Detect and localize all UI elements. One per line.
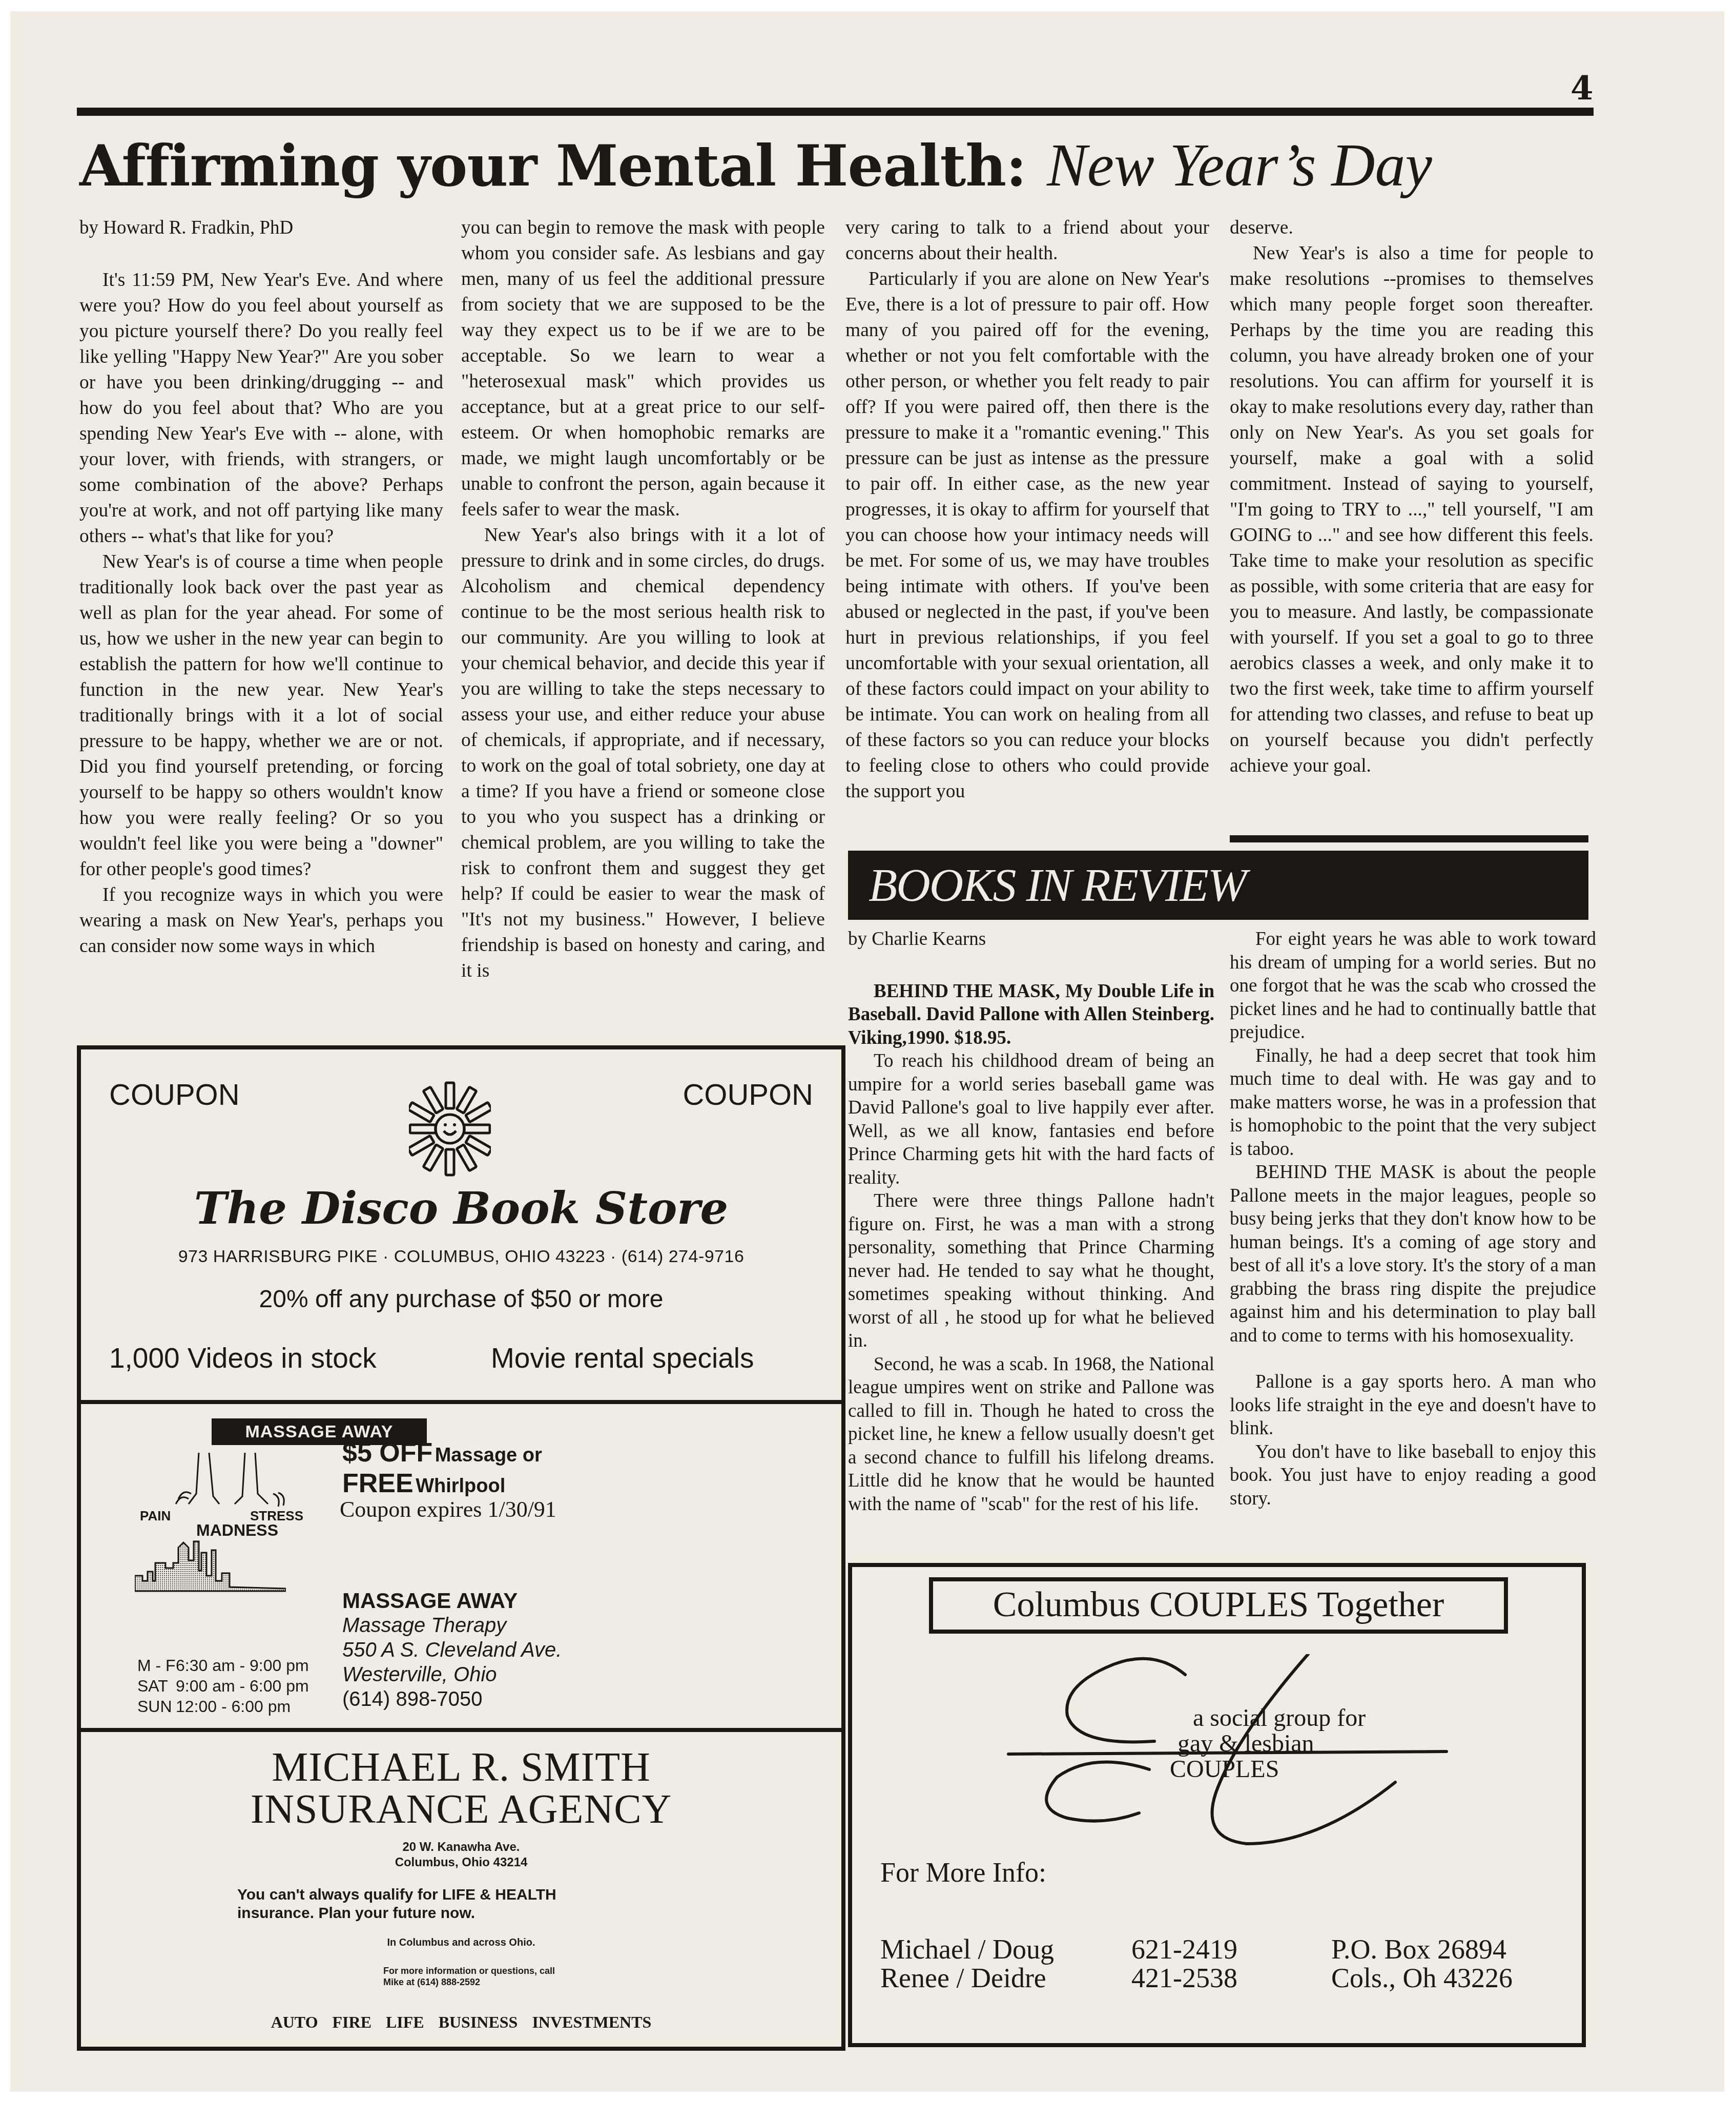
feature-rentals: Movie rental specials <box>491 1342 754 1374</box>
hours-day: SAT <box>137 1676 176 1696</box>
article-headline: Affirming your Mental Health:New Year’s … <box>79 131 1432 200</box>
banner-title: BOOKS IN REVIEW <box>869 858 1246 912</box>
article-paragraph: New Year's is also a time for people to … <box>1230 241 1594 779</box>
article-paragraph: deserve. <box>1230 215 1594 241</box>
store-address: 973 HARRISBURG PIKE · COLUMBUS, OHIO 432… <box>81 1247 841 1267</box>
pitch-line: insurance. Plan your future now. <box>237 1904 556 1923</box>
business-service: Massage Therapy <box>342 1613 562 1638</box>
city-skyline-icon <box>135 1540 286 1594</box>
contact-line: For more information or questions, call <box>383 1965 841 1976</box>
tag-pain: PAIN <box>140 1508 171 1524</box>
store-offer: 20% off any purchase of $50 or more <box>81 1285 841 1313</box>
couples-title: Columbus COUPLES Together <box>929 1577 1508 1634</box>
offer-free: FREE <box>342 1469 414 1498</box>
hours-time: 12:00 - 6:00 pm <box>176 1697 291 1716</box>
review-byline: by Charlie Kearns <box>848 928 1214 951</box>
headline-sub: New Year’s Day <box>1047 132 1432 199</box>
feature-videos: 1,000 Videos in stock <box>109 1342 377 1374</box>
massage-away-ad: MASSAGE AWAY $5 OFF Massage or FREE Whir… <box>77 1400 845 1732</box>
hours-day: SUN <box>137 1696 176 1717</box>
business-phone: (614) 898-7050 <box>342 1687 562 1712</box>
hours-time: 6:30 am - 9:00 pm <box>176 1656 309 1675</box>
top-rule <box>77 108 1594 116</box>
address-line: 20 W. Kanawha Ave. <box>81 1840 841 1855</box>
smiling-sun-icon <box>409 1078 491 1180</box>
offer-5-off: $5 OFF <box>342 1438 432 1468</box>
review-paragraph: To reach his childhood dream of being an… <box>848 1049 1214 1189</box>
article-paragraph: New Year's also brings with it a lot of … <box>461 523 825 984</box>
contact-phone: 621-2419 <box>1131 1935 1237 1964</box>
headline-main: Affirming your Mental Health: <box>79 133 1026 199</box>
hours-time: 9:00 am - 6:00 pm <box>176 1677 309 1695</box>
article-paragraph: It's 11:59 PM, New Year's Eve. And where… <box>79 267 443 549</box>
contact-phone: 421-2538 <box>1131 1964 1237 1992</box>
business-name: MASSAGE AWAY <box>342 1589 562 1613</box>
contact-names: Michael / Doug <box>880 1935 1054 1964</box>
business-hours: M - F6:30 am - 9:00 pm SAT9:00 am - 6:00… <box>137 1655 309 1717</box>
review-paragraph: BEHIND THE MASK is about the people Pall… <box>1230 1161 1596 1347</box>
book-citation: BEHIND THE MASK, My Double Life in Baseb… <box>848 980 1214 1050</box>
review-paragraph: Finally, he had a deep secret that took … <box>1230 1044 1596 1161</box>
article-column-2: you can begin to remove the mask with pe… <box>461 215 825 984</box>
article-paragraph: you can begin to remove the mask with pe… <box>461 215 825 523</box>
article-paragraph: very caring to talk to a friend about yo… <box>845 215 1209 266</box>
business-city: Westerville, Ohio <box>342 1662 562 1687</box>
coupon-expiry: Coupon expires 1/30/91 <box>340 1496 556 1522</box>
article-paragraph: New Year's is of course a time when peop… <box>79 549 443 882</box>
pitch-line: You can't always qualify for LIFE & HEAL… <box>237 1886 556 1904</box>
contact-names: Renee / Deidre <box>880 1964 1046 1992</box>
tagline-line: a social group for <box>1177 1705 1366 1731</box>
agency-address: 20 W. Kanawha Ave. Columbus, Ohio 43214 <box>81 1840 841 1870</box>
agency-name: MICHAEL R. SMITH <box>81 1746 841 1788</box>
article-paragraph: If you recognize ways in which you were … <box>79 882 443 959</box>
article-byline: by Howard R. Fradkin, PhD <box>79 215 443 241</box>
business-street: 550 A S. Cleveland Ave. <box>342 1638 562 1662</box>
agency-title: MICHAEL R. SMITH INSURANCE AGENCY <box>81 1746 841 1830</box>
section-rule <box>1230 835 1588 842</box>
massage-business-info: MASSAGE AWAY Massage Therapy 550 A S. Cl… <box>342 1589 562 1712</box>
books-in-review-banner: BOOKS IN REVIEW <box>848 851 1588 920</box>
insurance-agency-ad: MICHAEL R. SMITH INSURANCE AGENCY 20 W. … <box>77 1728 845 2051</box>
coupon-label-left: COUPON <box>109 1078 240 1112</box>
article-paragraph: Particularly if you are alone on New Yea… <box>845 266 1209 805</box>
tagline-line: COUPLES <box>1170 1757 1366 1782</box>
review-paragraph: Second, he was a scab. In 1968, the Nati… <box>848 1353 1214 1516</box>
review-paragraph: Pallone is a gay sports hero. A man who … <box>1230 1370 1596 1440</box>
agency-contact: For more information or questions, call … <box>383 1965 841 1988</box>
article-column-4: deserve. New Year's is also a time for p… <box>1230 215 1594 779</box>
review-paragraph: For eight years he was able to work towa… <box>1230 928 1596 1044</box>
offer-whirlpool: Whirlpool <box>416 1475 505 1497</box>
review-paragraph: There were three things Pallone hadn't f… <box>848 1189 1214 1353</box>
columbus-couples-ad: Columbus COUPLES Together a social group… <box>848 1563 1586 2047</box>
disco-book-store-ad: COUPON COUPON The Disco Book Store 97 <box>77 1045 845 1404</box>
contact-line: Mike at (614) 888-2592 <box>383 1976 841 1988</box>
couples-tagline: a social group for gay & lesbian COUPLES <box>1177 1705 1366 1782</box>
article-column-1: by Howard R. Fradkin, PhD It's 11:59 PM,… <box>79 215 443 959</box>
tagline-line: gay & lesbian <box>1177 1731 1366 1757</box>
article-column-3: very caring to talk to a friend about yo… <box>845 215 1209 805</box>
store-name: The Disco Book Store <box>81 1183 841 1234</box>
review-column-2: For eight years he was able to work towa… <box>1230 928 1596 1510</box>
hands-icon <box>158 1453 301 1509</box>
review-paragraph: You don't have to like baseball to enjoy… <box>1230 1440 1596 1511</box>
agency-pitch: You can't always qualify for LIFE & HEAL… <box>237 1886 556 1923</box>
contact-mail: P.O. Box 26894 <box>1331 1935 1506 1964</box>
agency-services: AUTO FIRE LIFE BUSINESS INVESTMENTS <box>81 2013 841 2032</box>
hours-day: M - F <box>137 1655 176 1676</box>
review-column-1: by Charlie Kearns BEHIND THE MASK, My Do… <box>848 928 1214 1516</box>
address-line: Columbus, Ohio 43214 <box>81 1855 841 1870</box>
contact-mail: Cols., Oh 43226 <box>1331 1964 1513 1992</box>
agency-region: In Columbus and across Ohio. <box>81 1937 841 1949</box>
more-info-label: For More Info: <box>880 1857 1046 1888</box>
massage-offer: $5 OFF Massage or FREE Whirlpool <box>342 1437 542 1499</box>
coupon-label-right: COUPON <box>683 1078 813 1112</box>
offer-massage: Massage or <box>435 1445 542 1466</box>
page-number: 4 <box>1570 69 1594 108</box>
agency-type: INSURANCE AGENCY <box>81 1788 841 1830</box>
tag-madness: MADNESS <box>196 1521 278 1540</box>
